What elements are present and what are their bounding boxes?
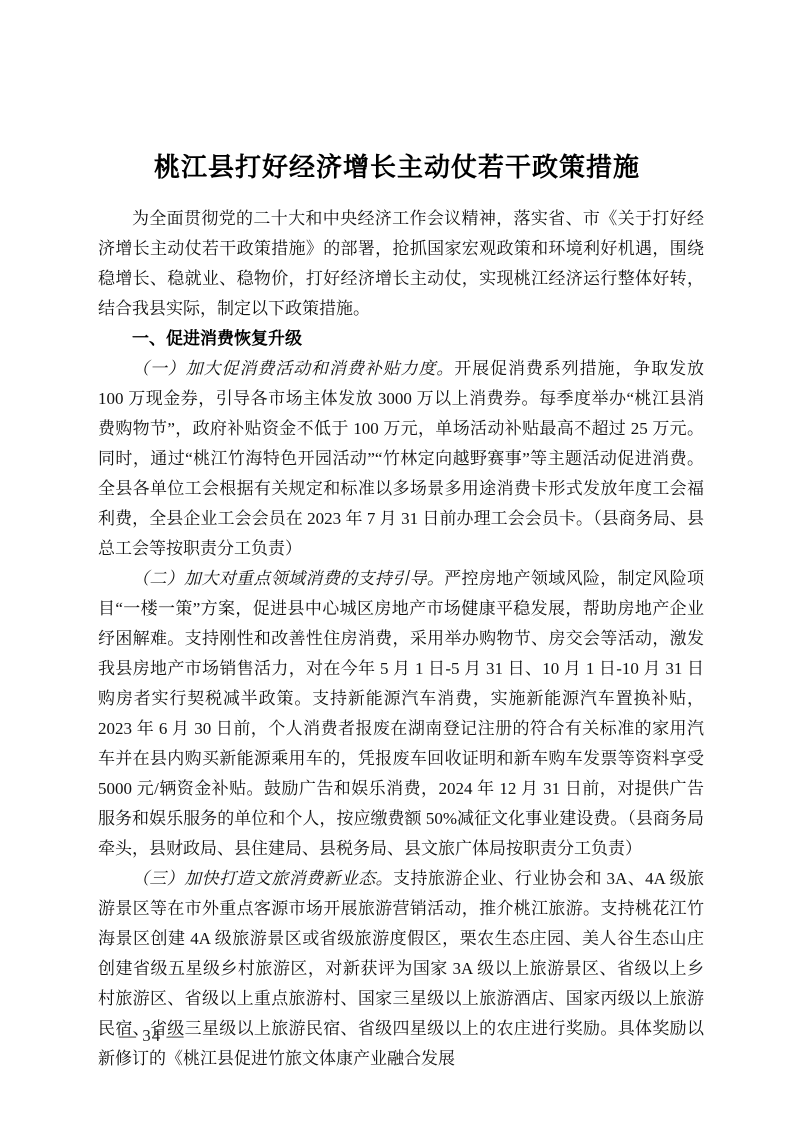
document-page: 桃江县打好经济增长主动仗若干政策措施 为全面贯彻党的二十大和中央经济工作会议精神… [0,0,793,1122]
policy-item-1-lead: （一）加大促消费活动和消费补贴力度。 [132,359,454,378]
section-heading-1: 一、促进消费恢复升级 [98,324,704,354]
policy-item-2-lead: （二）加大对重点领域消费的支持引导。 [132,569,444,588]
policy-item-2-text: 严控房地产领域风险，制定风险项目“一楼一策”方案，促进县中心城区房地产市场健康平… [98,569,704,858]
policy-item-3: （三）加快打造文旅消费新业态。支持旅游企业、行业协会和 3A、4A 级旅游景区等… [98,864,704,1074]
page-number: — 34 — [119,1026,185,1046]
document-body: 为全面贯彻党的二十大和中央经济工作会议精神，落实省、市《关于打好经济增长主动仗若… [98,204,704,1074]
policy-item-3-text: 支持旅游企业、行业协会和 3A、4A 级旅游景区等在市外重点客源市场开展旅游营销… [98,869,704,1068]
policy-item-2: （二）加大对重点领域消费的支持引导。严控房地产领域风险，制定风险项目“一楼一策”… [98,564,704,864]
policy-item-1-text: 开展促消费系列措施，争取发放 100 万现金券，引导各市场主体发放 3000 万… [98,359,704,558]
policy-item-3-lead: （三）加快打造文旅消费新业态。 [132,869,393,888]
intro-paragraph: 为全面贯彻党的二十大和中央经济工作会议精神，落实省、市《关于打好经济增长主动仗若… [98,204,704,324]
document-title: 桃江县打好经济增长主动仗若干政策措施 [94,147,700,184]
policy-item-1: （一）加大促消费活动和消费补贴力度。开展促消费系列措施，争取发放 100 万现金… [98,354,704,564]
